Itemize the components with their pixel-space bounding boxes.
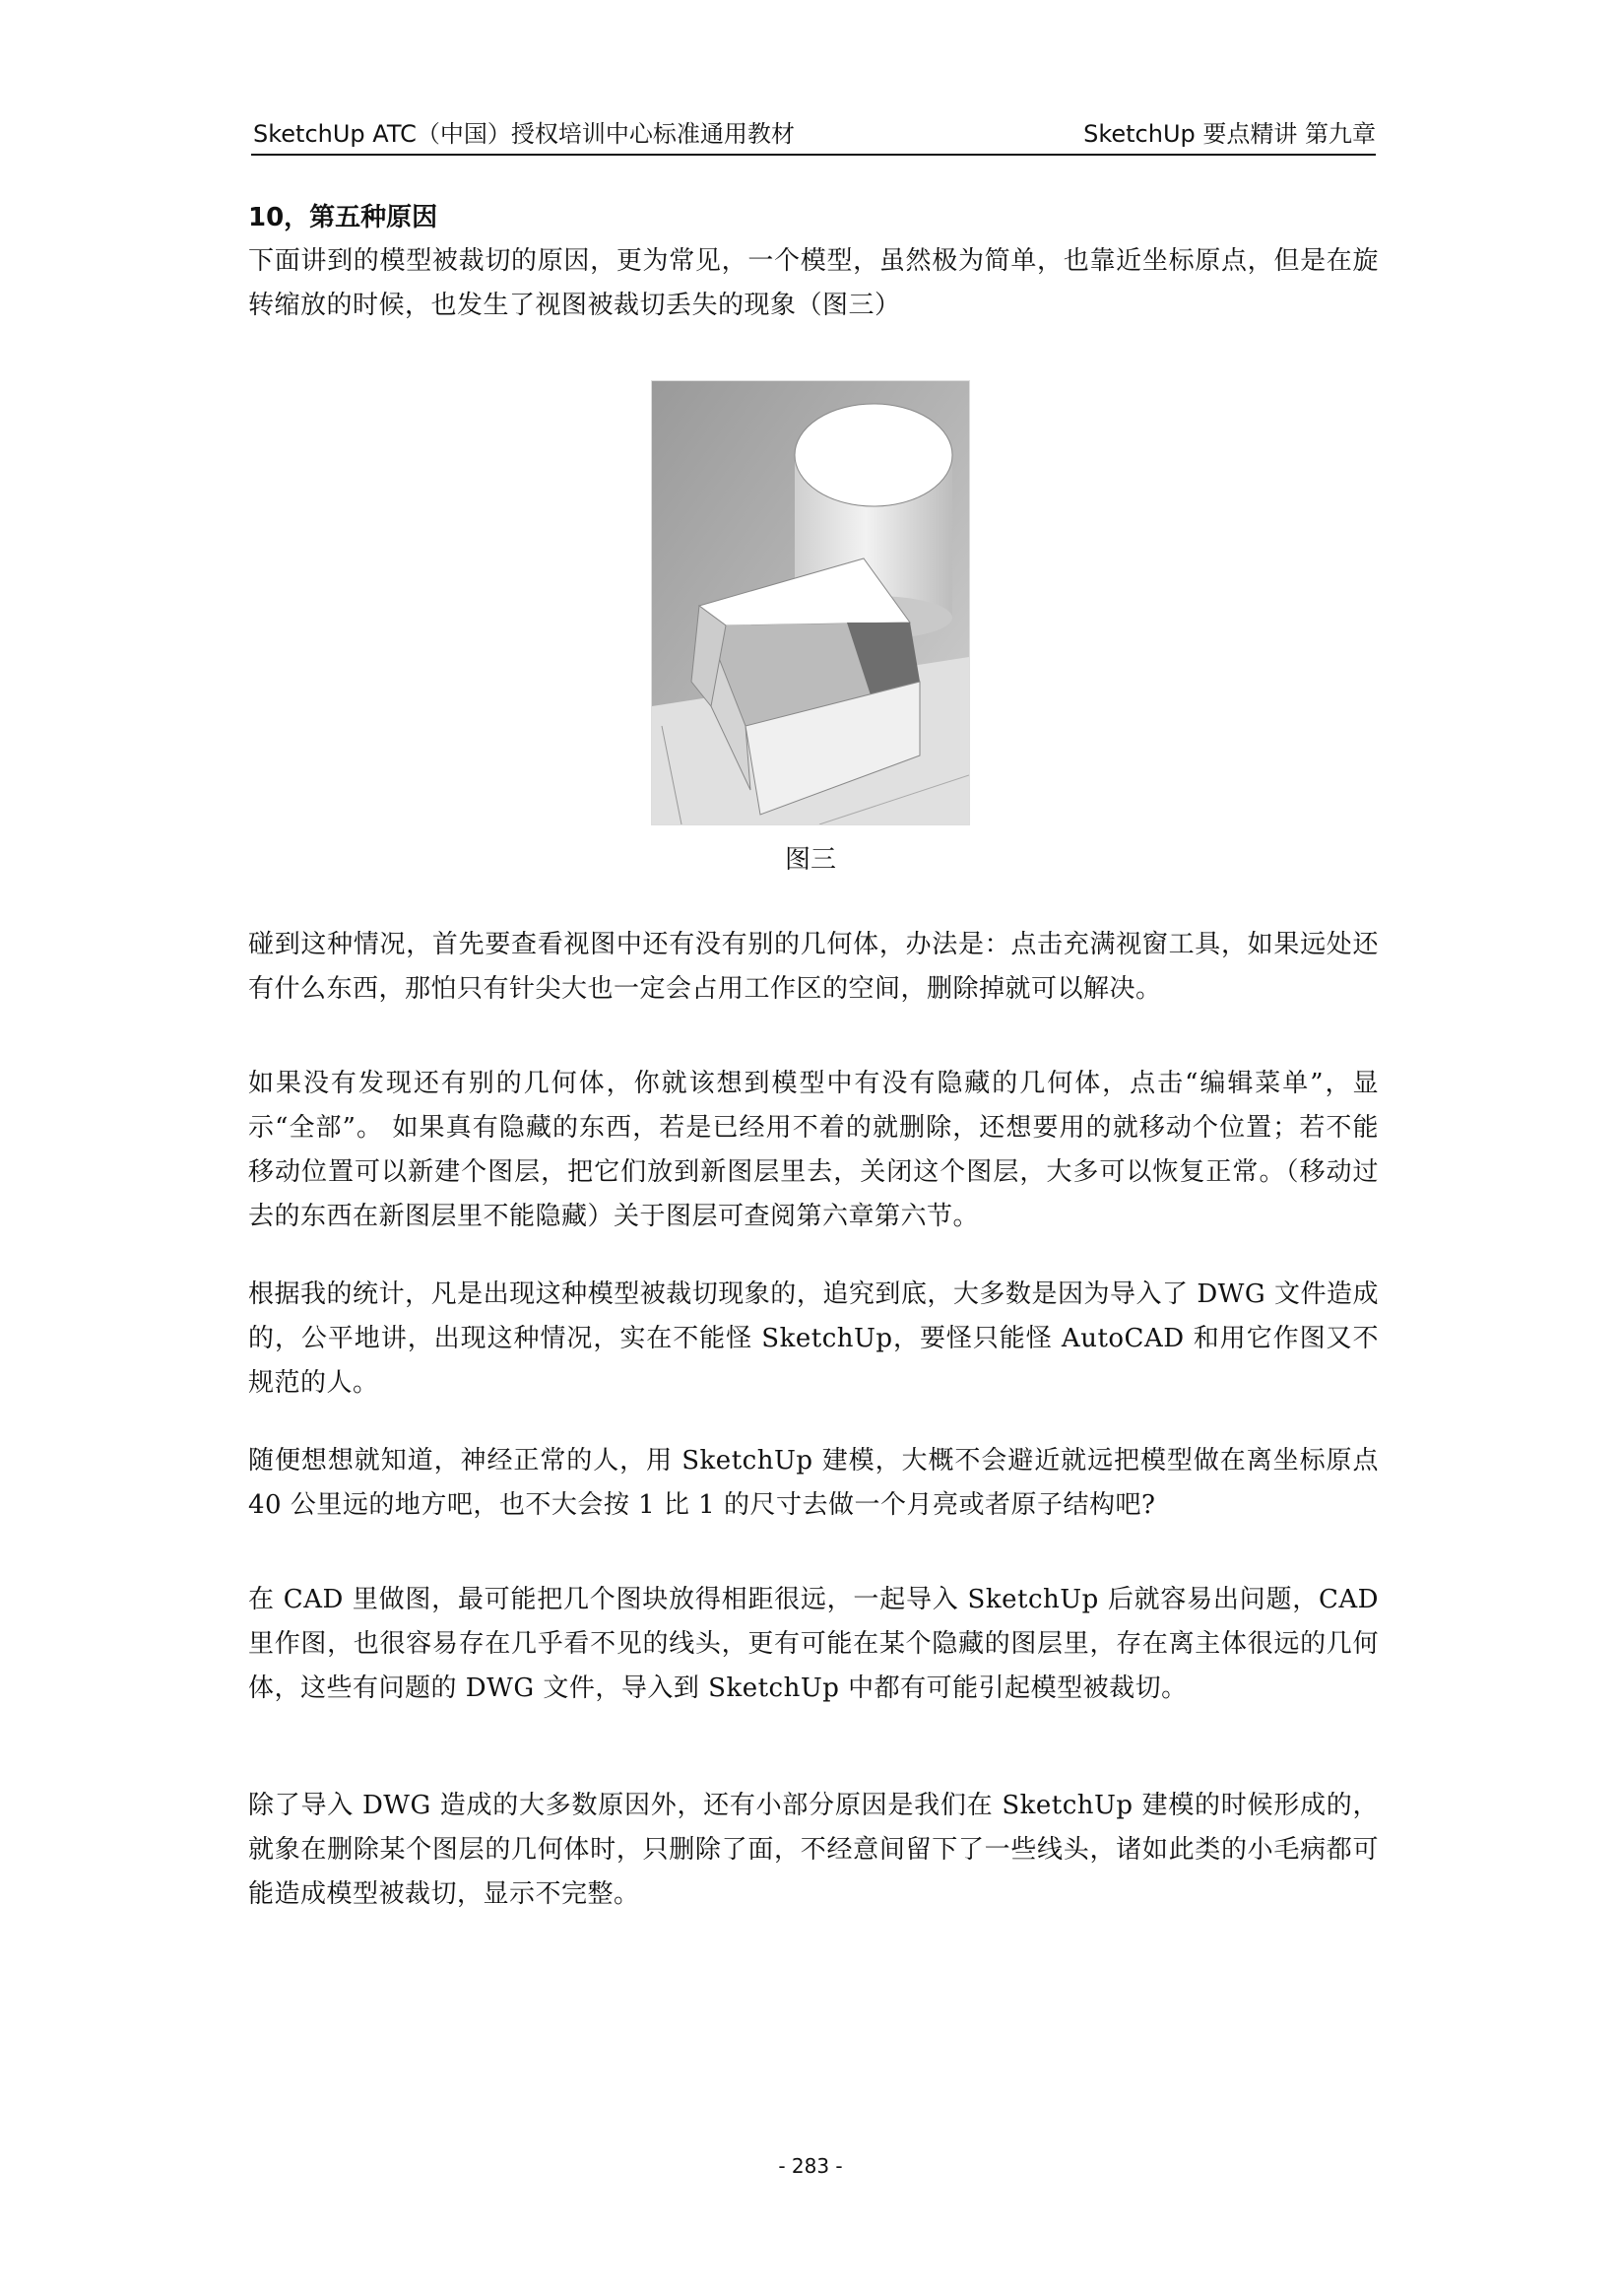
paragraph-7: 除了导入 DWG 造成的大多数原因外，还有小部分原因是我们在 SketchUp … bbox=[248, 1784, 1379, 1917]
paragraph-5: 随便想想就知道，神经正常的人，用 SketchUp 建模，大概不会避近就远把模型… bbox=[248, 1439, 1379, 1528]
paragraph-6: 在 CAD 里做图，最可能把几个图块放得相距很远，一起导入 SketchUp 后… bbox=[248, 1578, 1379, 1711]
page-header: SketchUp ATC（中国）授权培训中心标准通用教材 SketchUp 要点… bbox=[251, 114, 1376, 156]
figure-3-image bbox=[651, 380, 970, 825]
paragraph-3: 如果没有发现还有别的几何体，你就该想到模型中有没有隐藏的几何体，点击“编辑菜单”… bbox=[248, 1062, 1379, 1239]
page-number: - 283 - bbox=[0, 2154, 1621, 2178]
paragraph-1: 下面讲到的模型被裁切的原因，更为常见，一个模型，虽然极为简单，也靠近坐标原点，但… bbox=[248, 239, 1379, 328]
sketchup-model-illustration bbox=[652, 381, 969, 824]
figure-caption: 图三 bbox=[0, 842, 1621, 878]
paragraph-4: 根据我的统计，凡是出现这种模型被裁切现象的，追究到底，大多数是因为导入了 DWG… bbox=[248, 1273, 1379, 1406]
paragraph-2: 碰到这种情况，首先要查看视图中还有没有别的几何体，办法是：点击充满视窗工具，如果… bbox=[248, 923, 1379, 1012]
header-chapter-title: SketchUp 要点精讲 第九章 bbox=[1083, 116, 1376, 152]
section-title: 10，第五种原因 bbox=[248, 200, 437, 235]
header-book-title: SketchUp ATC（中国）授权培训中心标准通用教材 bbox=[253, 116, 795, 152]
